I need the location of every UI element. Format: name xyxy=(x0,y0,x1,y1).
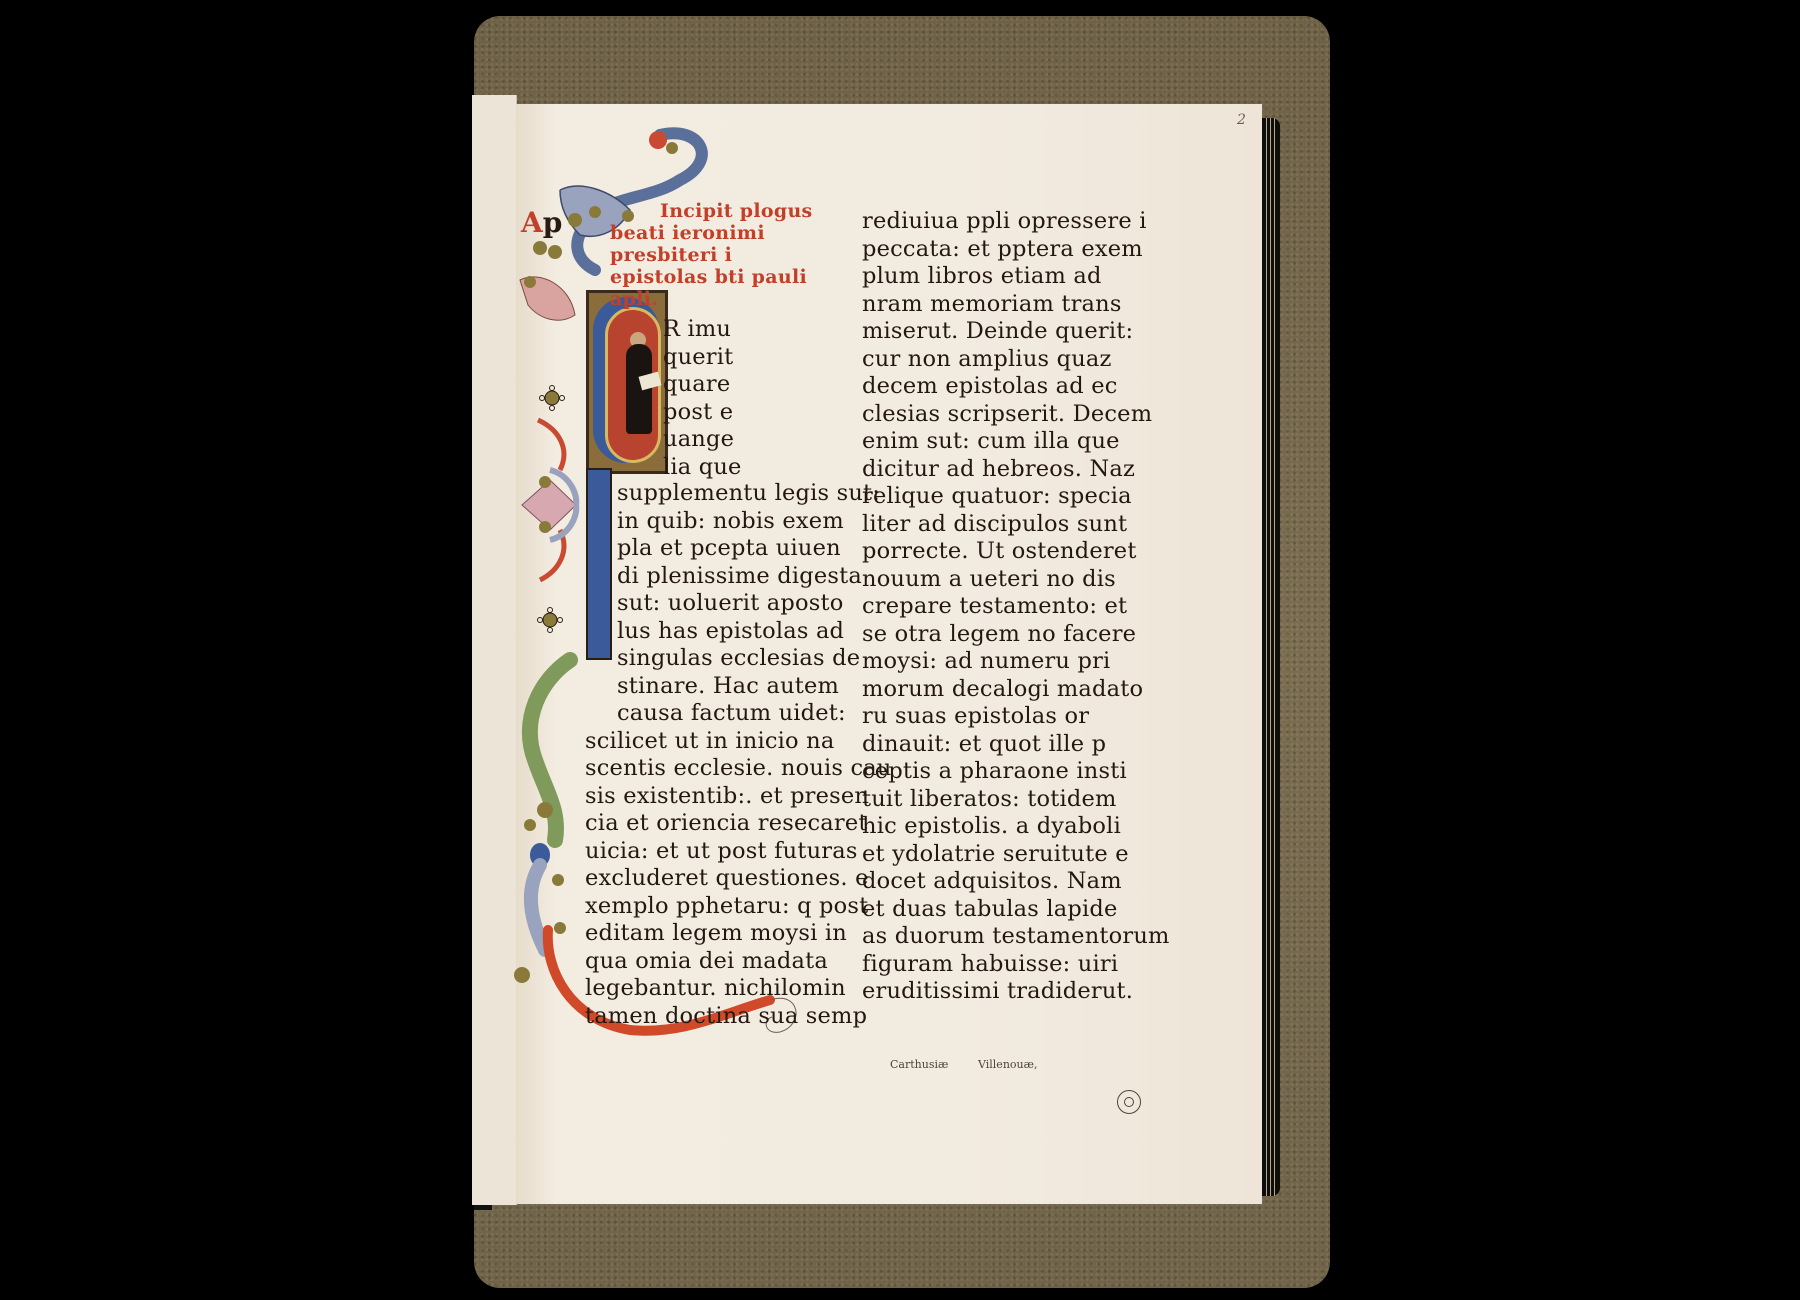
text-line: docet adquisitos. Nam xyxy=(862,868,1170,896)
folio-number: 2 xyxy=(1237,112,1246,128)
text-line: peccata: et pptera exem xyxy=(862,236,1170,264)
text-line: tamen doctina sua semp xyxy=(585,1003,892,1031)
text-line: legebantur. nichilomin xyxy=(585,975,892,1003)
text-line: miserut. Deinde querit: xyxy=(862,318,1170,346)
text-line: scentis ecclesie. nouis cau xyxy=(585,755,892,783)
text-line: uange xyxy=(663,426,742,454)
saint-jerome-figure-icon xyxy=(626,344,652,434)
rubric-line: epistolas bti pauli apli. xyxy=(610,266,825,310)
text-column-1: supplementu legis sut: in quib: nobis ex… xyxy=(617,480,892,1030)
historiated-initial-p xyxy=(586,290,668,474)
text-line: cur non amplius quaz xyxy=(862,346,1170,374)
text-line: qua omia dei madata xyxy=(585,948,892,976)
rubric-incipit: Incipit plogus beati ieronimi presbiteri… xyxy=(610,200,825,310)
text-line: post e xyxy=(663,399,742,427)
text-line: excluderet questiones. e xyxy=(585,865,892,893)
text-line: cia et oriencia resecaret xyxy=(585,810,892,838)
text-line: sis existentib:. et presen xyxy=(585,783,892,811)
text-line: nouum a ueteri no dis xyxy=(862,566,1170,594)
text-line: stinare. Hac autem xyxy=(617,673,892,701)
initial-p-stem xyxy=(586,468,612,660)
text-line: eruditissimi tradiderut. xyxy=(862,978,1170,1006)
text-line: crepare testamento: et xyxy=(862,593,1170,621)
text-line: editam legem moysi in xyxy=(585,920,892,948)
text-line: singulas ecclesias de xyxy=(617,645,892,673)
text-column-1-beside-initial: R imu querit quare post e uange lia que xyxy=(663,316,742,481)
text-line: figuram habuisse: uiri xyxy=(862,951,1170,979)
text-line: querit xyxy=(663,344,742,372)
text-line: tuit liberatos: totidem xyxy=(862,786,1170,814)
text-line: morum decalogi madato xyxy=(862,676,1170,704)
rubric-line: Incipit plogus xyxy=(610,200,825,222)
text-line: quare xyxy=(663,371,742,399)
text-column-2: rediuiua ppli opressere i peccata: et pp… xyxy=(862,208,1170,1006)
rubric-line: beati ieronimi presbiteri i xyxy=(610,222,825,266)
text-line: nram memoriam trans xyxy=(862,291,1170,319)
text-line: di plenissime digesta xyxy=(617,563,892,591)
text-line: moysi: ad numeru pri xyxy=(862,648,1170,676)
text-line: uicia: et ut post futuras xyxy=(585,838,892,866)
text-line: sut: uoluerit aposto xyxy=(617,590,892,618)
text-line: lus has epistolas ad xyxy=(617,618,892,646)
text-line: plum libros etiam ad xyxy=(862,263,1170,291)
text-line: se otra legem no facere xyxy=(862,621,1170,649)
text-line: in quib: nobis exem xyxy=(617,508,892,536)
text-line: scilicet ut in inicio na xyxy=(585,728,892,756)
text-line: ru suas epistolas or xyxy=(862,703,1170,731)
text-line: enim sut: cum illa que xyxy=(862,428,1170,456)
text-line: liter ad discipulos sunt xyxy=(862,511,1170,539)
ownership-inscription-right: Villenouæ, xyxy=(978,1058,1037,1071)
ownership-inscription-left: Carthusiæ xyxy=(890,1058,948,1071)
text-line: decem epistolas ad ec xyxy=(862,373,1170,401)
text-line: as duorum testamentorum xyxy=(862,923,1170,951)
text-line: dicitur ad hebreos. Naz xyxy=(862,456,1170,484)
text-line: et duas tabulas lapide xyxy=(862,896,1170,924)
text-line: dinauit: et quot ille p xyxy=(862,731,1170,759)
text-line: causa factum uidet: xyxy=(617,700,892,728)
text-line: rediuiua ppli opressere i xyxy=(862,208,1170,236)
text-line: R imu xyxy=(663,316,742,344)
text-line: hic epistolis. a dyaboli xyxy=(862,813,1170,841)
text-line: et ydolatrie seruitute e xyxy=(862,841,1170,869)
text-line: porrecte. Ut ostenderet xyxy=(862,538,1170,566)
page-block-edge xyxy=(1262,118,1280,1196)
text-line: ceptis a pharaone insti xyxy=(862,758,1170,786)
text-line: clesias scripserit. Decem xyxy=(862,401,1170,429)
text-line: relique quatuor: specia xyxy=(862,483,1170,511)
text-line: lia que xyxy=(663,454,742,482)
library-stamp-icon xyxy=(1117,1090,1141,1114)
text-line: supplementu legis sut: xyxy=(617,480,892,508)
text-line: xemplo pphetaru: q post xyxy=(585,893,892,921)
text-line: pla et pcepta uiuen xyxy=(617,535,892,563)
